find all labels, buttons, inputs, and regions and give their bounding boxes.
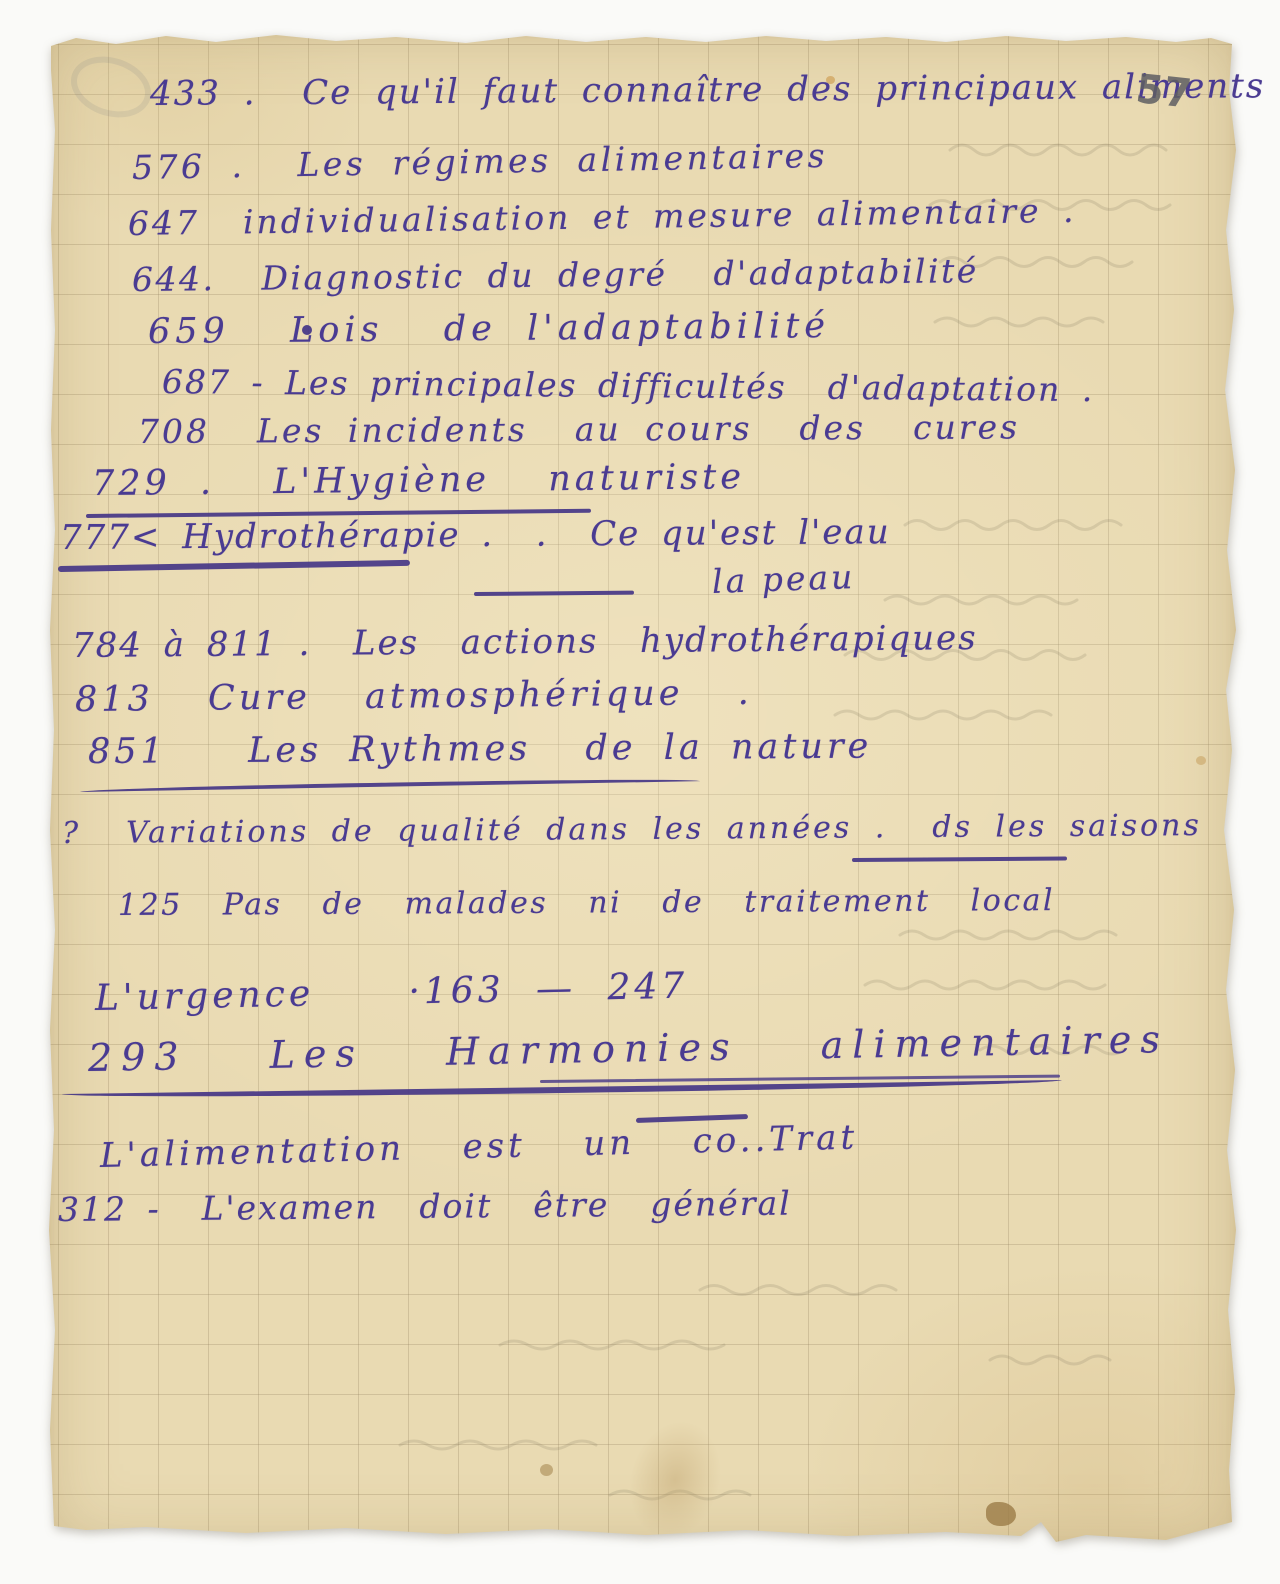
handwritten-entry: 777< Hydrothérapie . . Ce qu'est l'eau	[60, 512, 891, 558]
handwritten-entry: 729 . L'Hygiène naturiste	[92, 457, 745, 504]
handwritten-entry: la peau	[711, 557, 856, 601]
handwritten-entry: 687 - Les principales difficultés d'adap…	[162, 362, 1095, 409]
handwritten-entry: 784 à 811 . Les actions hydrothérapiques	[72, 618, 978, 666]
page-number-pencil: 57	[1134, 66, 1194, 118]
photo-background: 433 . Ce qu'il faut connaître des princi…	[0, 0, 1280, 1584]
paper-chip	[986, 1502, 1016, 1526]
handwritten-entry: 708 Les incidents au cours des cures	[138, 407, 1020, 451]
handwritten-entry: 433 . Ce qu'il faut connaître des princi…	[150, 66, 1280, 114]
handwritten-entry: 851 Les Rythmes de la nature	[88, 727, 873, 772]
paper-stain	[1196, 756, 1206, 765]
paper-stain	[540, 1464, 553, 1476]
handwritten-entry: 659 Lois de l'adaptabilité	[148, 306, 830, 352]
handwritten-entry: 813 Cure atmosphérique .	[75, 673, 753, 720]
handwritten-entry: 125 Pas de malades ni de traitement loca…	[118, 883, 1055, 923]
handwritten-entry: 312 - L'examen doit être général	[58, 1184, 792, 1229]
